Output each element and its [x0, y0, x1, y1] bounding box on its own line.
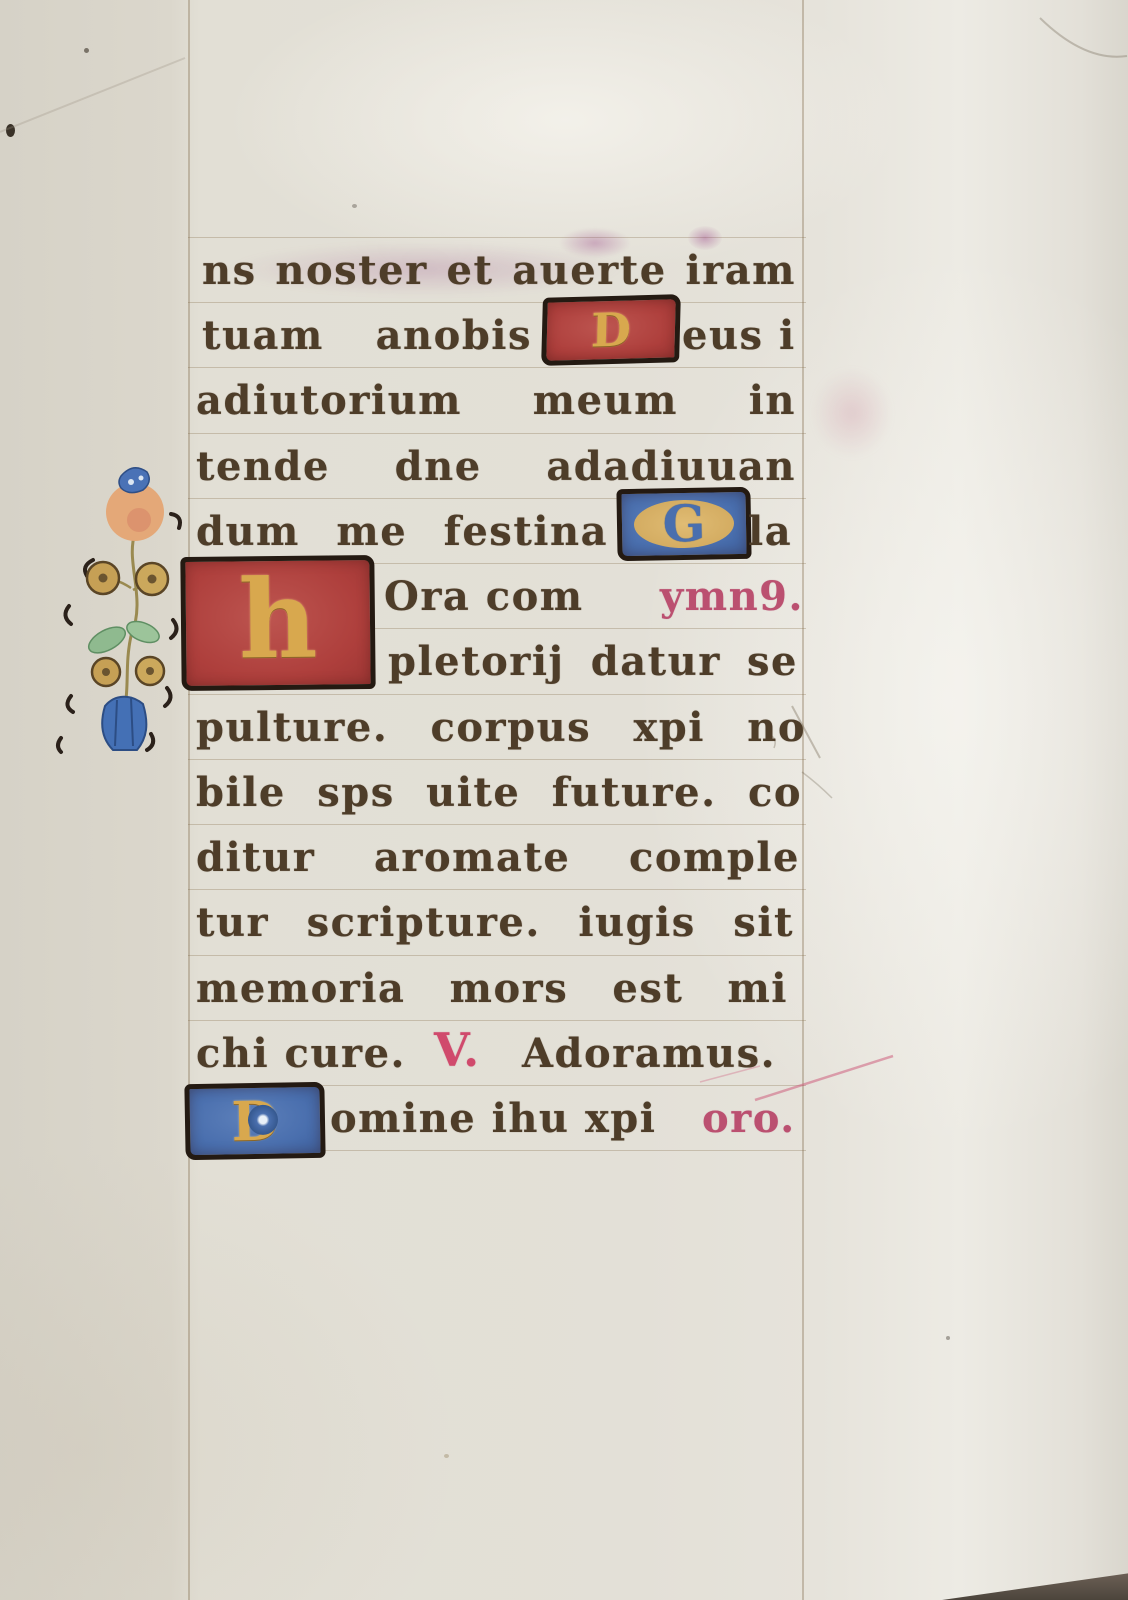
text-line-13: chi cure.: [196, 1024, 406, 1086]
decorated-initial-deus: D: [541, 294, 681, 366]
text-line-11: tur scripture. iugis sit: [196, 893, 794, 955]
text-line-2: tuam anobis: [202, 306, 532, 368]
text-line-7: pletorij datur se: [388, 632, 798, 694]
text-line-3: adiutorium meum in: [196, 371, 796, 433]
rubric-hymn-label: ymn9.: [660, 567, 804, 629]
initial-letter: G: [662, 499, 706, 550]
text-line-5-after-initial: la: [748, 502, 792, 564]
versicle-mark: V.: [434, 1020, 481, 1082]
text-line-2-after-initial: eus i: [682, 306, 796, 368]
text-line-6: Ora com: [384, 567, 584, 629]
text-line-9: bile sps uite future. co: [196, 763, 802, 825]
text-line-10: ditur aromate comple: [196, 828, 800, 890]
decorated-initial-domine: D: [184, 1082, 325, 1160]
text-line-4: tende dne adadiuuan: [196, 437, 796, 499]
decorated-initial-hora: h: [180, 555, 375, 691]
text-line-1: ns noster et auerte iram: [202, 241, 796, 303]
manuscript-leaf: D G h D ns noster et auerte iram tuam an…: [0, 0, 1128, 1600]
text-line-5: dum me festina: [196, 502, 608, 564]
initial-letter: h: [238, 557, 318, 684]
text-line-14: omine ihu xpi: [330, 1089, 656, 1151]
text-line-12: memoria mors est mi: [196, 959, 788, 1021]
rubric-oratio-label: oro.: [702, 1089, 796, 1151]
floral-border-sprig: [55, 438, 190, 758]
initial-letter: D: [590, 302, 631, 357]
text-line-8: pulture. corpus xpi no: [196, 698, 806, 760]
text-line-13-after: Adoramus.: [522, 1024, 776, 1086]
